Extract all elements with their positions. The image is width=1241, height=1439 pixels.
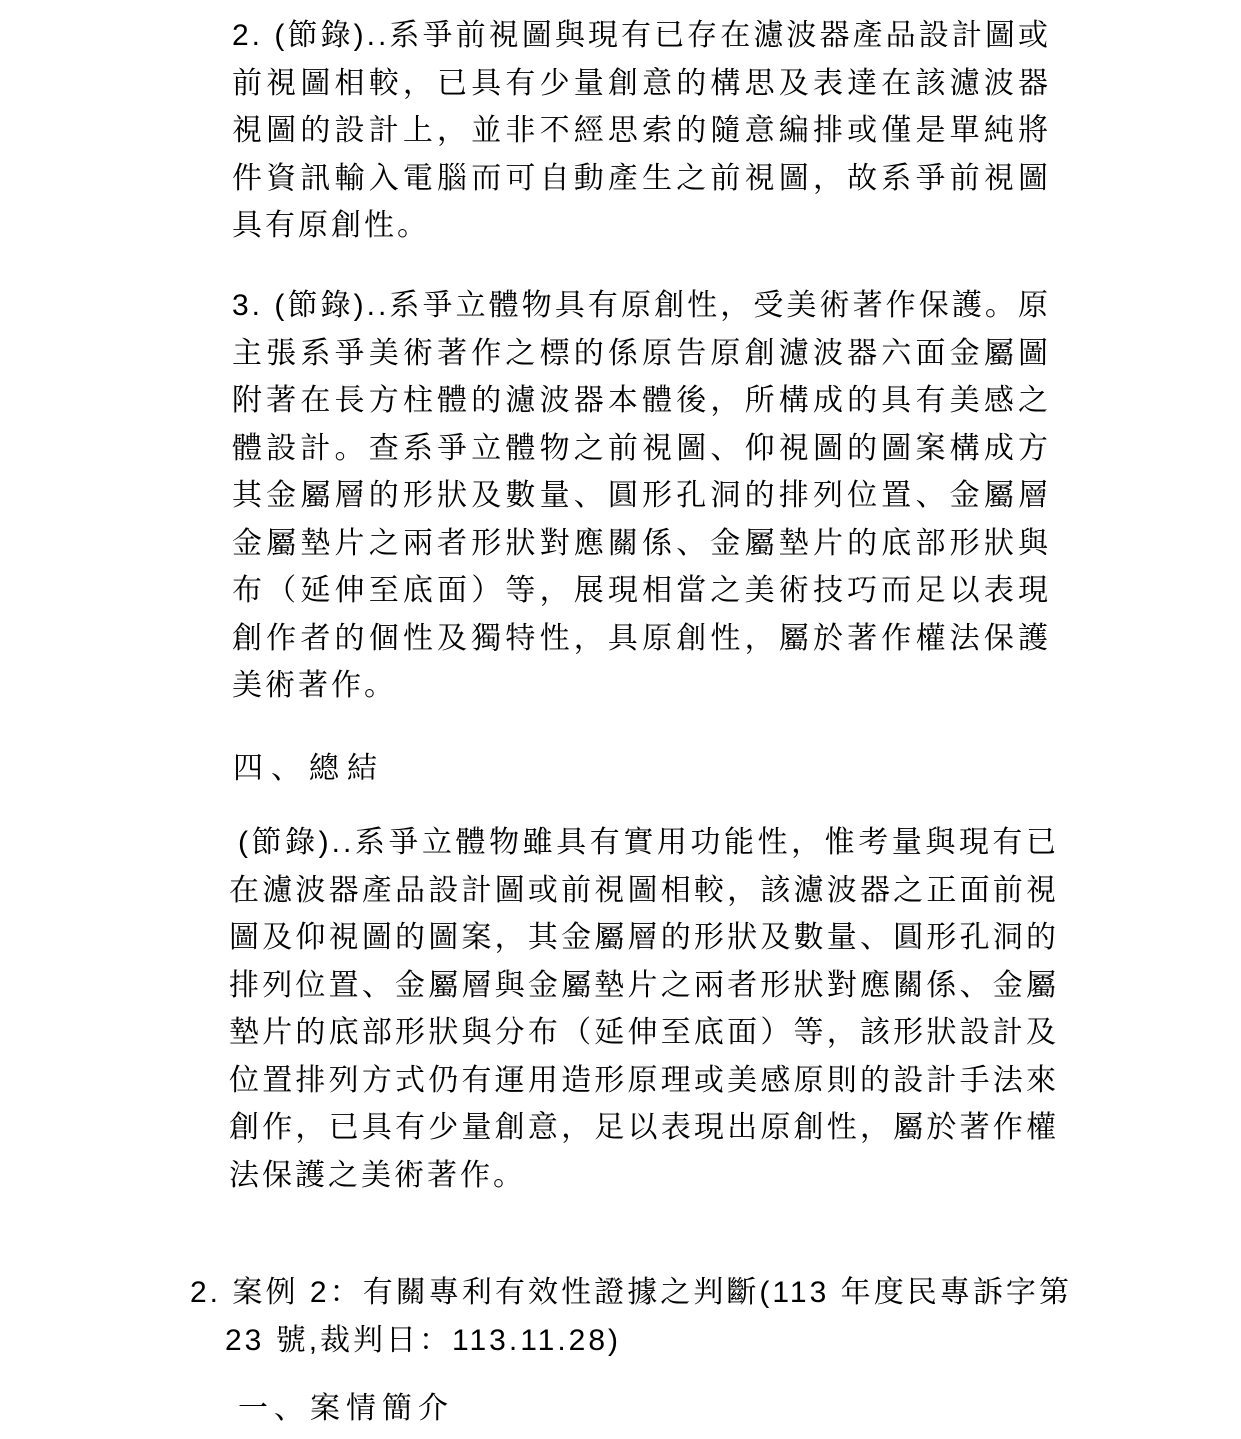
- paragraph-line: 排列位置、金屬層與金屬墊片之兩者形狀對應關係、金屬: [229, 962, 1059, 1010]
- paragraph-line: 墊片的底部形狀與分布（延伸至底面）等，該形狀設計及: [229, 1009, 1059, 1057]
- paragraph-line: 附著在長方柱體的濾波器本體後，所構成的具有美感之立: [232, 377, 1051, 425]
- case-2-heading: 2. 案例 2：有關專利有效性證據之判斷(113 年度民專訴字第 23 號,裁判…: [190, 1269, 1072, 1364]
- case-heading-line: 2. 案例 2：有關專利有效性證據之判斷(113 年度民專訴字第: [190, 1269, 1072, 1317]
- section-heading-summary: 四、總結: [233, 745, 385, 793]
- document-page: 2. (節錄)..系爭前視圖與現有已存在濾波器產品設計圖或 前視圖相較，已具有少…: [0, 0, 1241, 1439]
- paragraph-line: 2. (節錄)..系爭前視圖與現有已存在濾波器產品設計圖或: [232, 12, 1051, 60]
- paragraph-line: 位置排列方式仍有運用造形原理或美感原則的設計手法來: [229, 1057, 1059, 1105]
- paragraph-line: 在濾波器產品設計圖或前視圖相較，該濾波器之正面前視: [229, 867, 1059, 915]
- paragraph-line: 體設計。查系爭立體物之前視圖、仰視圖的圖案構成方式，: [232, 425, 1051, 473]
- heading-text: 四、總結: [233, 745, 385, 793]
- subheading-case-intro: 一、案情簡介: [238, 1385, 454, 1433]
- subheading-text: 一、案情簡介: [238, 1385, 454, 1433]
- paragraph-line: 3. (節錄)..系爭立體物具有原創性，受美術著作保護。原告: [232, 282, 1051, 330]
- paragraph-line: 創作者的個性及獨特性，具原創性，屬於著作權法保護之: [232, 615, 1051, 663]
- paragraph-line: 件資訊輸入電腦而可自動產生之前視圖，故系爭前視圖已: [232, 155, 1051, 203]
- paragraph-line: 主張系爭美術著作之標的係原告原創濾波器六面金屬圖案: [232, 330, 1051, 378]
- paragraph-line: 創作，已具有少量創意，足以表現出原創性，屬於著作權: [229, 1104, 1059, 1152]
- summary-paragraph: (節錄)..系爭立體物雖具有實用功能性，惟考量與現有已存 在濾波器產品設計圖或前…: [229, 819, 1059, 1199]
- paragraph-line: 視圖的設計上，並非不經思索的隨意編排或僅是單純將條: [232, 107, 1051, 155]
- paragraph-line: 其金屬層的形狀及數量、圓形孔洞的排列位置、金屬層與: [232, 472, 1051, 520]
- paragraph-item-2: 2. (節錄)..系爭前視圖與現有已存在濾波器產品設計圖或 前視圖相較，已具有少…: [232, 12, 1051, 250]
- paragraph-line: 圖及仰視圖的圖案，其金屬層的形狀及數量、圓形孔洞的: [229, 914, 1059, 962]
- paragraph-line: 具有原創性。: [232, 202, 1051, 250]
- paragraph-line: 法保護之美術著作。: [229, 1152, 1059, 1200]
- paragraph-line: 金屬墊片之兩者形狀對應關係、金屬墊片的底部形狀與分: [232, 520, 1051, 568]
- paragraph-line: (節錄)..系爭立體物雖具有實用功能性，惟考量與現有已存: [229, 819, 1059, 867]
- paragraph-item-3: 3. (節錄)..系爭立體物具有原創性，受美術著作保護。原告 主張系爭美術著作之…: [232, 282, 1051, 710]
- paragraph-line: 布（延伸至底面）等，展現相當之美術技巧而足以表現出: [232, 567, 1051, 615]
- case-heading-line: 23 號,裁判日：113.11.28): [190, 1317, 1072, 1365]
- paragraph-line: 美術著作。: [232, 662, 1051, 710]
- paragraph-line: 前視圖相較，已具有少量創意的構思及表達在該濾波器前: [232, 60, 1051, 108]
